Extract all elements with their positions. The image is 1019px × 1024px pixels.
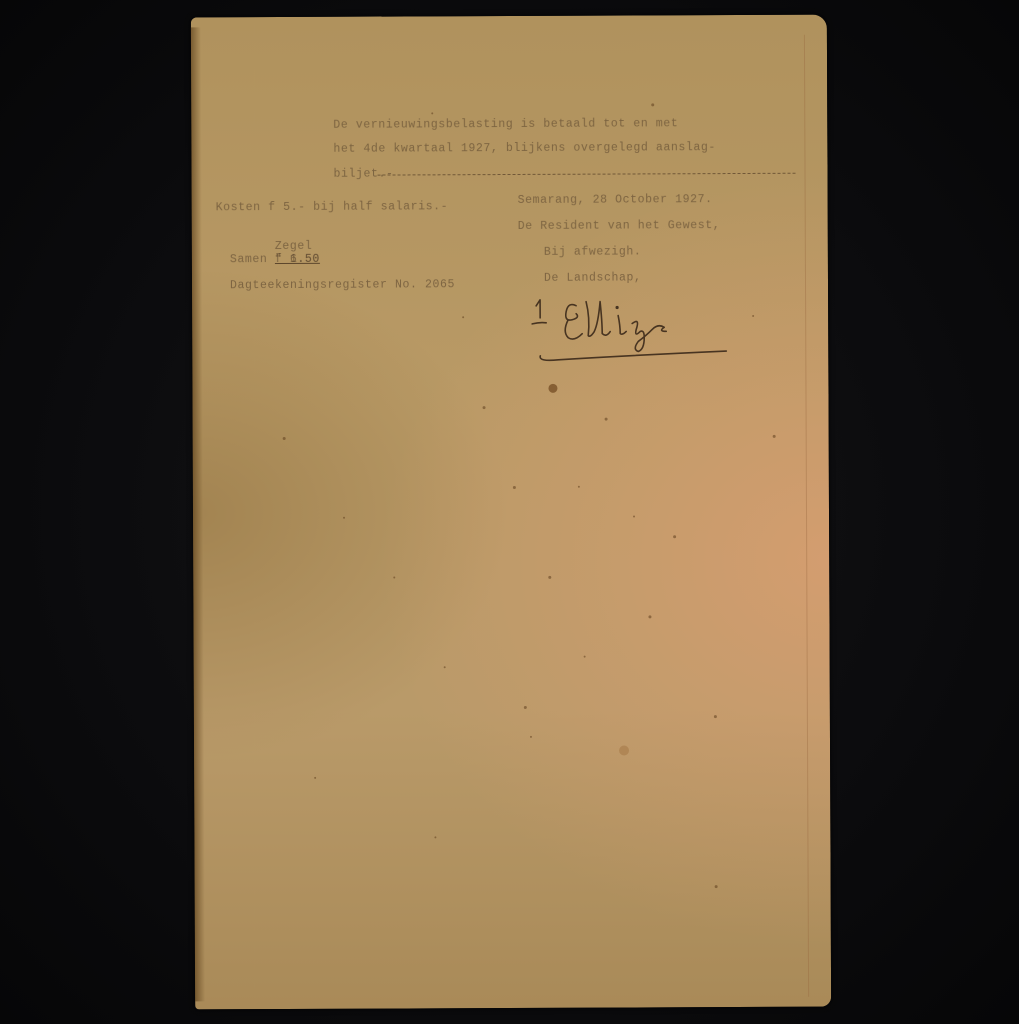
- dashed-rule: [378, 173, 796, 176]
- foxing-spots: [191, 15, 827, 18]
- document-page: De vernieuwingsbelasting is betaald tot …: [191, 15, 831, 1010]
- on-behalf-line: Bij afwezigh.: [544, 245, 642, 258]
- header-line-1: De vernieuwingsbelasting is betaald tot …: [333, 117, 678, 132]
- role-line: De Landschap,: [544, 271, 642, 284]
- register-line: Dagteekeningsregister No. 2065: [230, 278, 455, 292]
- stamp-label: Zegel: [275, 240, 313, 253]
- office-line: De Resident van het Gewest,: [518, 219, 721, 233]
- handwritten-signature: [528, 287, 738, 368]
- costs-line: Kosten f 5.- bij half salaris.-: [216, 200, 449, 214]
- page-shadow-edge: [191, 27, 205, 1001]
- place-date-line: Semarang, 28 October 1927.: [518, 193, 713, 207]
- photo-scene: De vernieuwingsbelasting is betaald tot …: [0, 0, 1019, 1024]
- total-line: Samen f 6.50: [230, 253, 320, 266]
- fold-line: [804, 35, 809, 997]
- header-line-2: het 4de kwartaal 1927, blijkens overgele…: [333, 141, 716, 156]
